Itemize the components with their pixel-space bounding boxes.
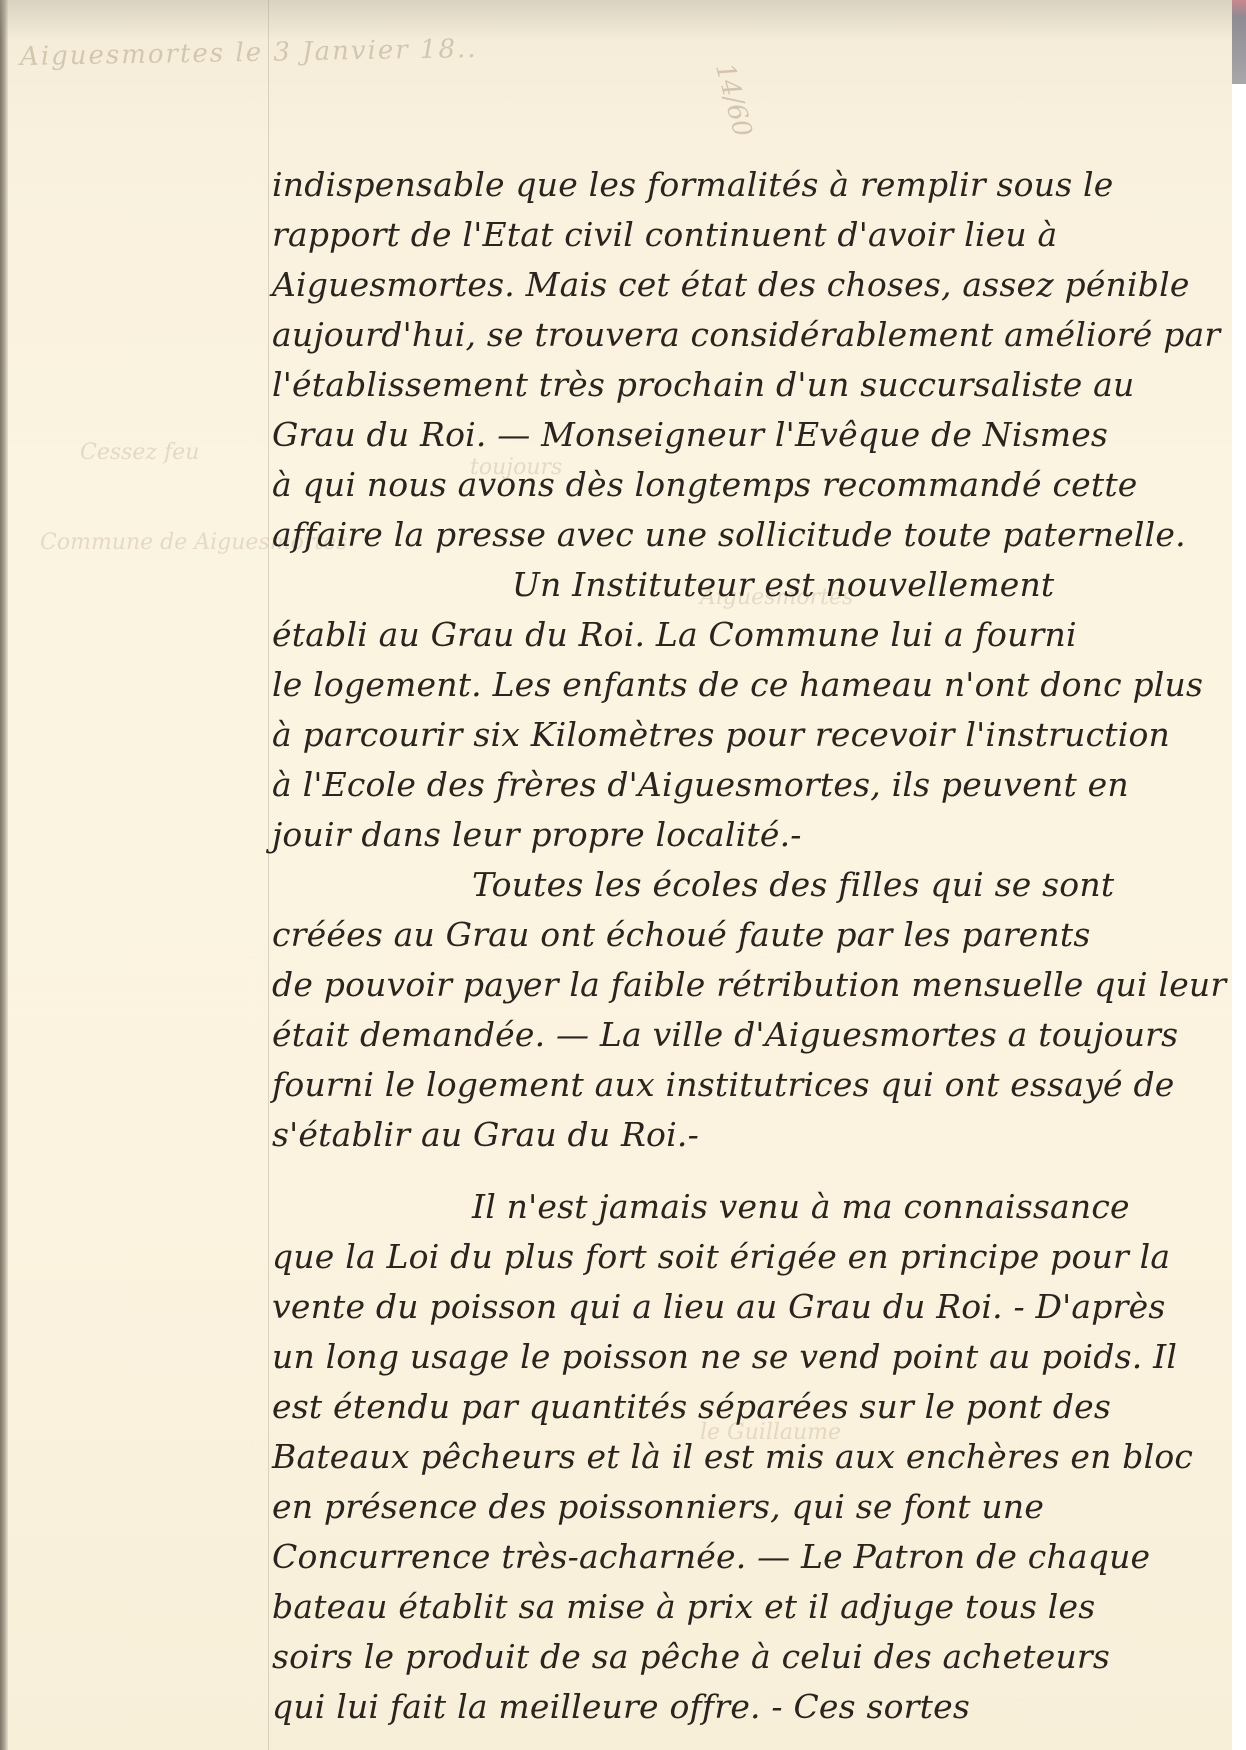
text-line: qui lui fait la meilleure offre. - Ces s… (272, 1682, 1212, 1732)
text-line: à qui nous avons dès longtemps recommand… (272, 460, 1212, 510)
text-line: était demandée. — La ville d'Aiguesmorte… (272, 1010, 1212, 1060)
text-line: de pouvoir payer la faible rétribution m… (272, 960, 1212, 1010)
bleed-through-text: Cessez feu (80, 440, 199, 465)
paragraph-start-line: Toutes les écoles des filles qui se sont (272, 860, 1212, 910)
text-line: indispensable que les formalités à rempl… (272, 160, 1212, 210)
text-line: à parcourir six Kilomètres pour recevoir… (272, 710, 1212, 760)
text-line: affaire la presse avec une sollicitude t… (272, 510, 1212, 560)
text-line: bateau établit sa mise à prix et il adju… (272, 1582, 1212, 1632)
page-corner-tab (1232, 0, 1246, 84)
text-line: un long usage le poisson ne se vend poin… (272, 1332, 1212, 1382)
text-line: à l'Ecole des frères d'Aiguesmortes, ils… (272, 760, 1212, 810)
text-line: soirs le produit de sa pêche à celui des… (272, 1632, 1212, 1682)
manuscript-page: Aiguesmortes le 3 Janvier 18.. 14/60 tou… (0, 0, 1232, 1750)
text-line: que la Loi du plus fort soit érigée en p… (272, 1232, 1212, 1282)
text-line: le logement. Les enfants de ce hameau n'… (272, 660, 1212, 710)
text-line: s'établir au Grau du Roi.- (272, 1110, 1212, 1160)
text-line: établi au Grau du Roi. La Commune lui a … (272, 610, 1212, 660)
paragraph-start-line: Un Instituteur est nouvellement (272, 560, 1212, 610)
binding-edge (0, 0, 8, 1750)
text-line: Aiguesmortes. Mais cet état des choses, … (272, 260, 1212, 310)
text-line: rapport de l'Etat civil continuent d'avo… (272, 210, 1212, 260)
archive-number: 14/60 (709, 60, 757, 140)
text-line: aujourd'hui, se trouvera considérablemen… (272, 310, 1212, 360)
text-line: en présence des poissonniers, qui se fon… (272, 1482, 1212, 1532)
text-line: fourni le logement aux institutrices qui… (272, 1060, 1212, 1110)
paragraph-gap (272, 1160, 1212, 1182)
text-line: jouir dans leur propre localité.- (272, 810, 1212, 860)
margin-rule (268, 0, 269, 1750)
manuscript-body: indispensable que les formalités à rempl… (272, 160, 1212, 1732)
text-line: Grau du Roi. — Monseigneur l'Evêque de N… (272, 410, 1212, 460)
text-line: Concurrence très-acharnée. — Le Patron d… (272, 1532, 1212, 1582)
text-line: vente du poisson qui a lieu au Grau du R… (272, 1282, 1212, 1332)
paper-fold-shadow (0, 0, 1232, 40)
paragraph-start-line: Il n'est jamais venu à ma connaissance (272, 1182, 1212, 1232)
text-line: Bateaux pêcheurs et là il est mis aux en… (272, 1432, 1212, 1482)
text-line: est étendu par quantités séparées sur le… (272, 1382, 1212, 1432)
text-line: créées au Grau ont échoué faute par les … (272, 910, 1212, 960)
text-line: l'établissement très prochain d'un succu… (272, 360, 1212, 410)
